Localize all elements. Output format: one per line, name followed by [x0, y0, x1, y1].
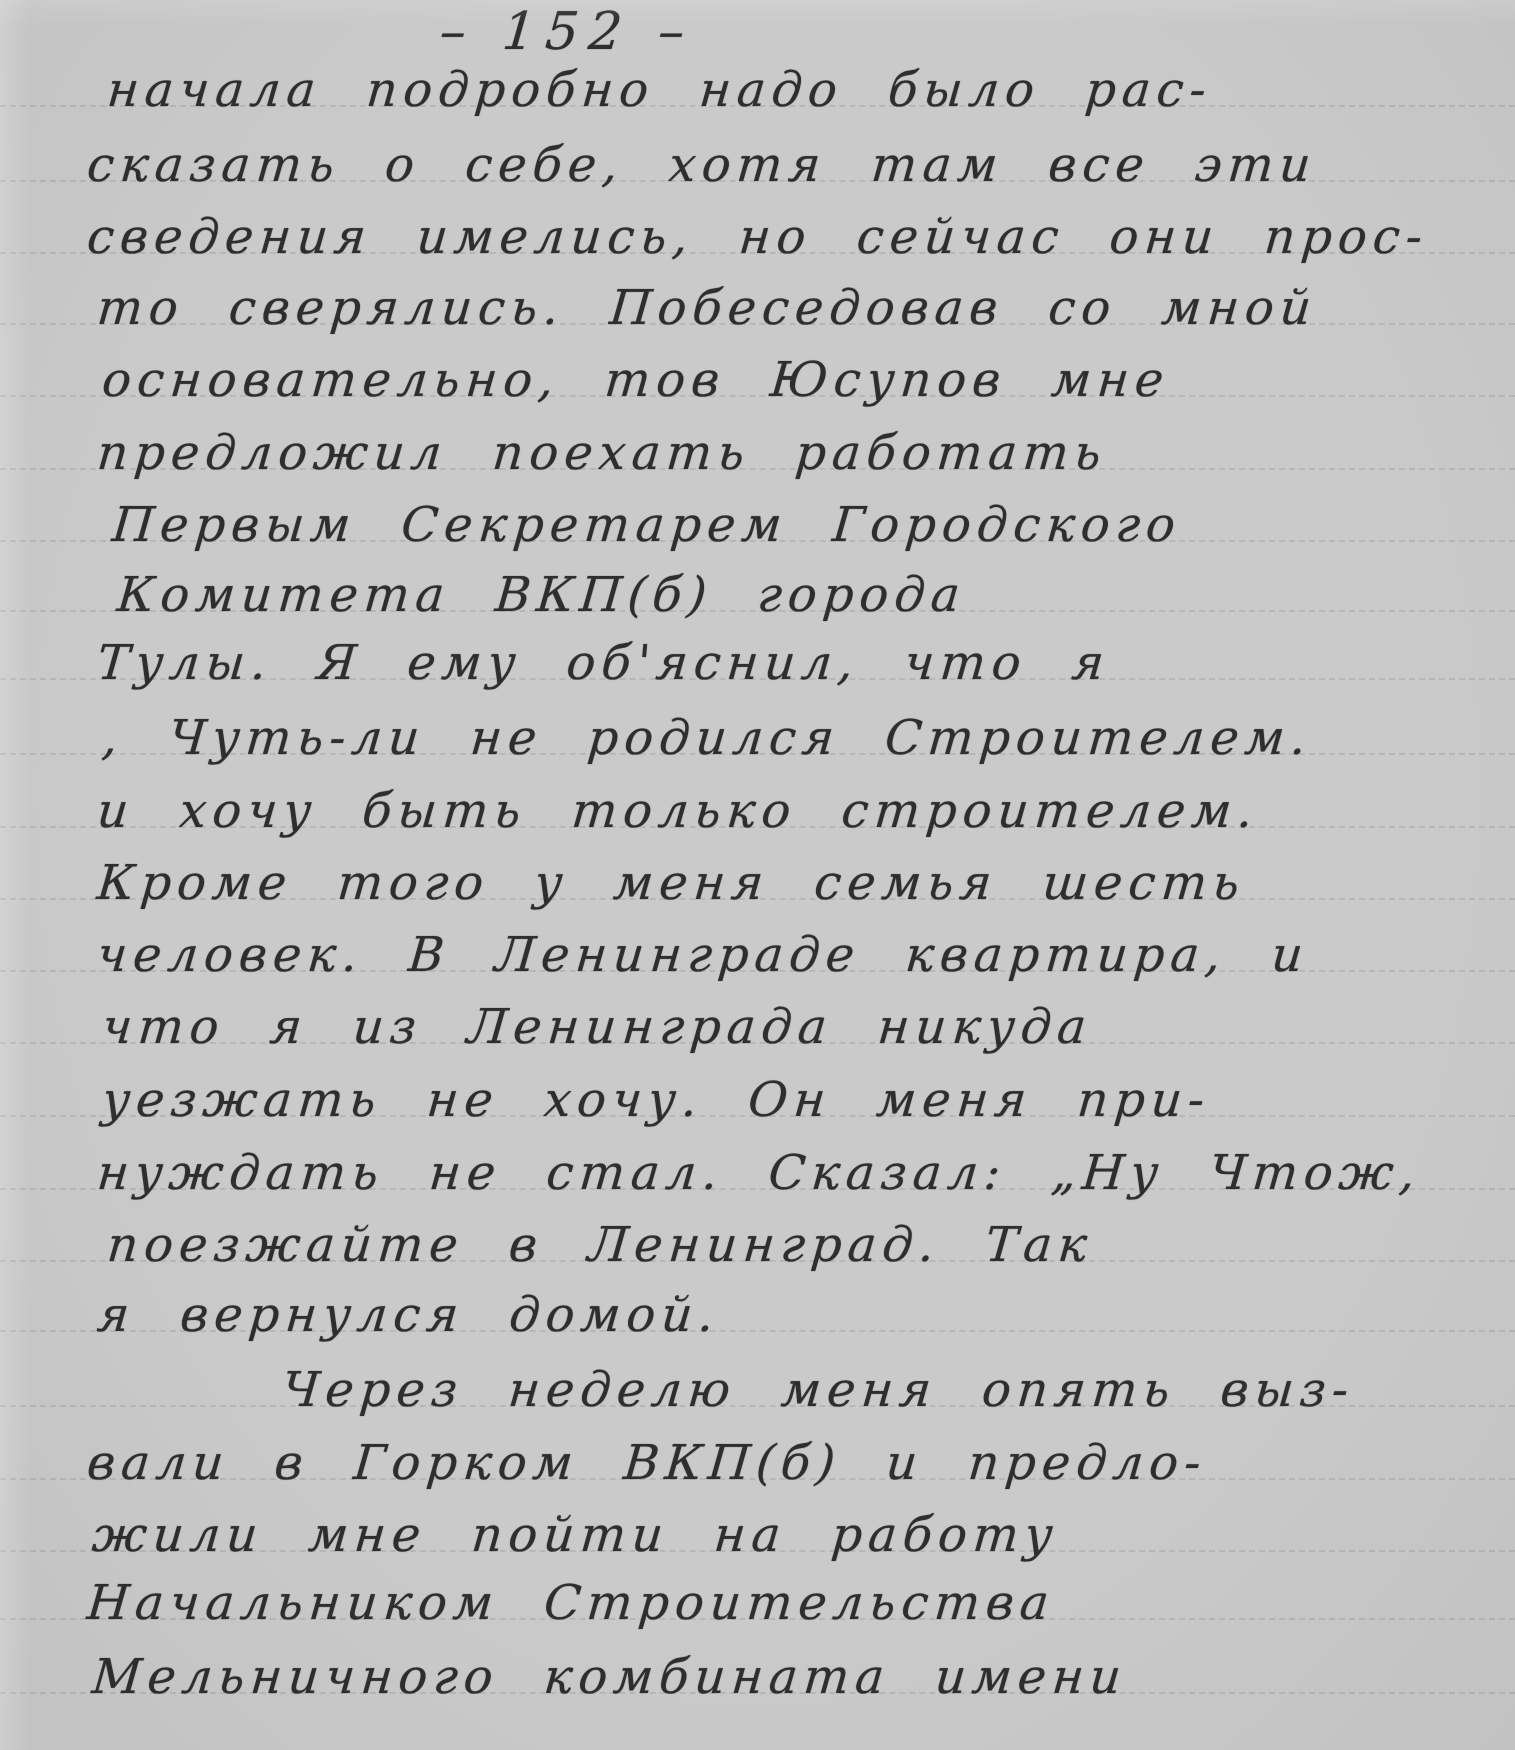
manuscript-line: сказать о себе, хотя там все эти — [85, 137, 1319, 193]
manuscript-line: что я из Ленинграда никуда — [100, 999, 1094, 1055]
manuscript-line: Комитета ВКП(б) города — [115, 567, 968, 623]
manuscript-line: человек. В Ленинграде квартира, и — [95, 927, 1311, 983]
manuscript-line: поезжайте в Ленинград. Так — [105, 1217, 1095, 1273]
page-number: – 152 – — [437, 2, 697, 62]
manuscript-line: то сверялись. Побеседовав со мной — [95, 280, 1319, 336]
manuscript-line: уезжать не хочу. Он меня при- — [100, 1072, 1213, 1128]
manuscript-line: Начальником Строительства — [85, 1575, 1057, 1631]
manuscript-line: и хочу быть только строителем. — [95, 783, 1261, 839]
manuscript-line: Через неделю меня опять выз- — [280, 1362, 1357, 1418]
manuscript-line: основательно, тов Юсупов мне — [100, 352, 1172, 408]
manuscript-page: – 152 – начала подробно надо было рас- с… — [0, 0, 1515, 1750]
manuscript-line: Кроме того у меня семья шесть — [95, 855, 1248, 911]
manuscript-line: сведения имелись, но сейчас они прос- — [85, 209, 1431, 265]
manuscript-line: жили мне пойти на работу — [90, 1507, 1061, 1563]
manuscript-line: Мельничного комбината имени — [90, 1649, 1129, 1705]
manuscript-line: нуждать не стал. Сказал: „Ну Чтож, — [95, 1145, 1423, 1201]
manuscript-line: , Чуть-ли не родился Строителем. — [100, 710, 1314, 766]
manuscript-line: начала подробно надо было рас- — [105, 62, 1214, 118]
manuscript-line: вали в Горком ВКП(б) и предло- — [85, 1435, 1209, 1491]
manuscript-line: Первым Секретарем Городского — [110, 497, 1184, 553]
manuscript-line: Тулы. Я ему об'яснил, что я — [95, 635, 1112, 691]
manuscript-line: я вернулся домой. — [95, 1287, 722, 1343]
manuscript-line: предложил поехать работать — [95, 425, 1109, 481]
